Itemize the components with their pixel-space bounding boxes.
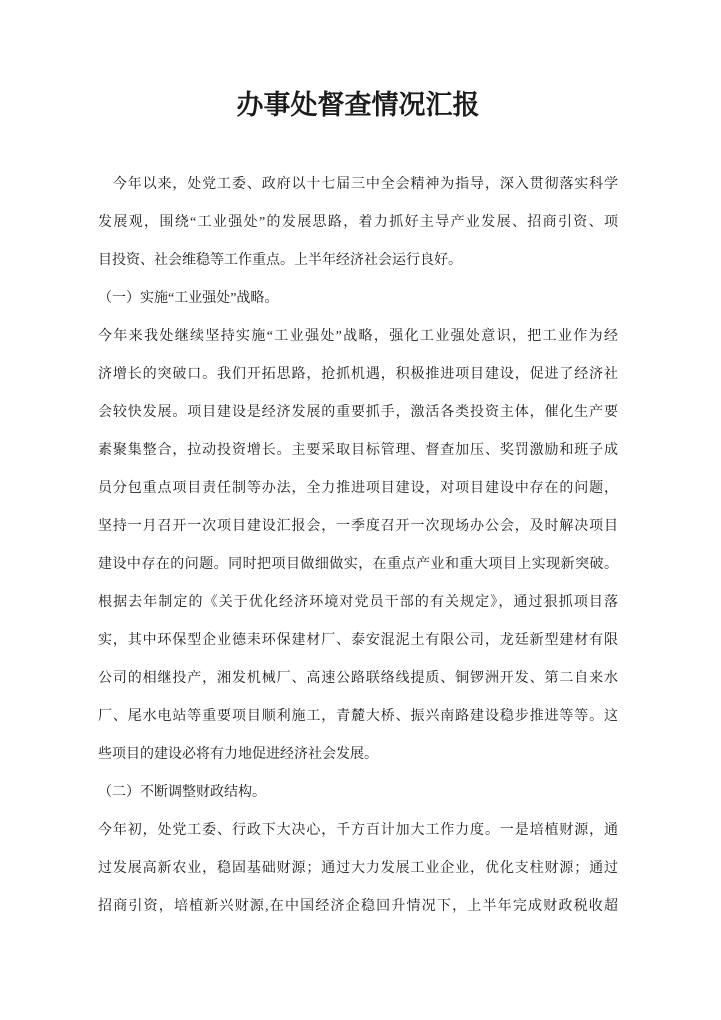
text-line: （一）实施“工业强处”战略。 <box>98 280 618 318</box>
text-line: 过发展高新农业，稳固基础财源；通过大力发展工业企业，优化支柱财源；通过 <box>98 850 618 888</box>
document-content: 办事处督查情况汇报 今年以来，处党工委、政府以十七届三中全会精神为指导，深入贯彻… <box>0 0 721 926</box>
document-title: 办事处督查情况汇报 <box>98 88 618 123</box>
text-line: 根据去年制定的《关于优化经济环境对党员干部的有关规定》，通过狠抓项目落 <box>98 584 618 622</box>
text-line: 会较快发展。项目建设是经济发展的重要抓手，激活各类投资主体，催化生产要 <box>98 394 618 432</box>
text-line: 今年初，处党工委、行政下大决心，千方百计加大工作力度。一是培植财源，通 <box>98 812 618 850</box>
text-line: 坚持一月召开一次项目建设汇报会，一季度召开一次现场办公会，及时解决项目 <box>98 508 618 546</box>
text-line: 今年以来，处党工委、政府以十七届三中全会精神为指导，深入贯彻落实科学 <box>98 166 618 204</box>
text-line: 招商引资，培植新兴财源,在中国经济企稳回升情况下，上半年完成财政税收超 <box>98 888 618 926</box>
text-line: 些项目的建设必将有力地促进经济社会发展。 <box>98 736 618 774</box>
text-line: （二）不断调整财政结构。 <box>98 774 618 812</box>
paragraph: 今年以来，处党工委、政府以十七届三中全会精神为指导，深入贯彻落实科学发展观，围绕… <box>98 166 618 280</box>
text-line: 素聚集整合，拉动投资增长。主要采取目标管理、督查加压、奖罚激励和班子成 <box>98 432 618 470</box>
text-line: 今年来我处继续坚持实施“工业强处”战略，强化工业强处意识，把工业作为经 <box>98 318 618 356</box>
text-line: 发展观，围绕“工业强处”的发展思路，着力抓好主导产业发展、招商引资、项 <box>98 204 618 242</box>
paragraph: （二）不断调整财政结构。 <box>98 774 618 812</box>
paragraph: （一）实施“工业强处”战略。 <box>98 280 618 318</box>
text-line: 员分包重点项目责任制等办法，全力推进项目建设，对项目建设中存在的问题， <box>98 470 618 508</box>
document-body: 今年以来，处党工委、政府以十七届三中全会精神为指导，深入贯彻落实科学发展观，围绕… <box>98 166 618 926</box>
text-line: 济增长的突破口。我们开拓思路，抢抓机遇，积极推进项目建设，促进了经济社 <box>98 356 618 394</box>
document-page: 办事处督查情况汇报 今年以来，处党工委、政府以十七届三中全会精神为指导，深入贯彻… <box>0 0 721 1020</box>
text-line: 公司的相继投产，湘发机械厂、高速公路联络线提质、铜锣洲开发、第二自来水 <box>98 660 618 698</box>
text-line: 目投资、社会维稳等工作重点。上半年经济社会运行良好。 <box>98 242 618 280</box>
text-line: 建设中存在的问题。同时把项目做细做实，在重点产业和重大项目上实现新突破。 <box>98 546 618 584</box>
paragraph: 今年初，处党工委、行政下大决心，千方百计加大工作力度。一是培植财源，通过发展高新… <box>98 812 618 926</box>
text-line: 厂、尾水电站等重要项目顺利施工，青麓大桥、振兴南路建设稳步推进等等。这 <box>98 698 618 736</box>
text-line: 实，其中环保型企业德耒环保建材厂、泰安混泥土有限公司，龙廷新型建材有限 <box>98 622 618 660</box>
paragraph: 今年来我处继续坚持实施“工业强处”战略，强化工业强处意识，把工业作为经济增长的突… <box>98 318 618 774</box>
